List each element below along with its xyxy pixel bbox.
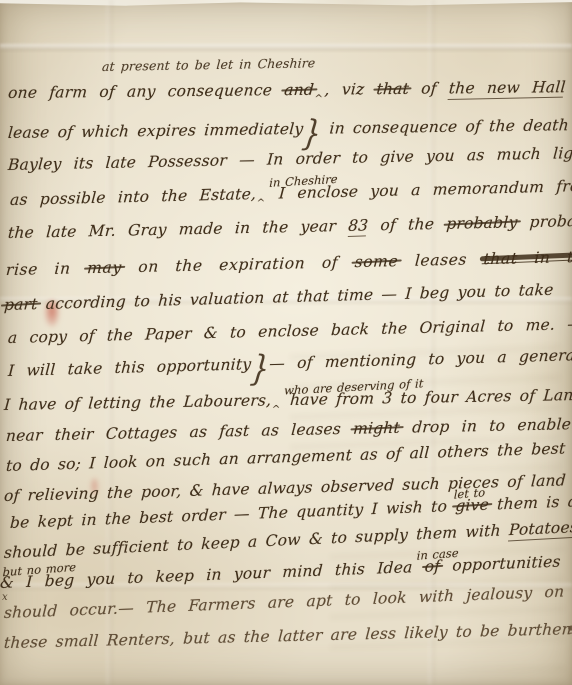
text-segment: as possible into the Estate,	[10, 185, 257, 209]
text-segment: at present to be let in Cheshire	[102, 55, 316, 74]
text-segment: , viz	[324, 80, 377, 99]
struck-word: part	[3, 295, 38, 314]
struck-word: and	[284, 81, 315, 99]
text-segment: of	[408, 79, 449, 97]
text-segment: in consequence of the death of	[321, 116, 572, 138]
text-segment: rise in	[5, 259, 87, 279]
underlined-text: Potatoes.	[509, 518, 572, 539]
struck-word: some	[354, 252, 399, 271]
text-segment: I have of letting the Labourers,	[3, 391, 271, 414]
brace-flourish: }	[303, 133, 321, 134]
heavy-struck-words: that in that	[483, 248, 572, 269]
text-segment: them is about	[489, 491, 572, 514]
inserted-word: let to	[453, 481, 485, 505]
text-segment: drop in to enable Me	[399, 414, 572, 436]
struck-word: probably	[446, 213, 518, 232]
text-segment: opportunities	[440, 553, 561, 576]
text-segment: the	[565, 78, 572, 96]
struck-word: might	[353, 419, 401, 438]
text-segment: leases	[398, 250, 484, 270]
brace-flourish: }	[251, 369, 269, 370]
text-segment: lease of which expires immediately	[7, 120, 304, 142]
text-segment: on the expiration of	[121, 253, 355, 276]
caret-mark: ^	[256, 198, 265, 209]
manuscript-letter-page: { "colors": { "paper": "#e8dfca", "ink":…	[0, 0, 572, 685]
fold-crease-horizontal-1	[0, 44, 572, 51]
text-segment: one farm of any consequence	[7, 81, 285, 102]
caret-mark: ^	[271, 404, 280, 415]
manuscript-interlinear-note: at present to be let in Cheshire	[101, 52, 316, 78]
underlined-text: the new Hall	[448, 78, 566, 97]
text-segment: of the	[368, 215, 447, 235]
struck-word: that	[376, 80, 410, 98]
struck-word: may	[87, 258, 123, 277]
text-segment: probable	[517, 212, 572, 232]
underlined-text: 83	[348, 216, 369, 234]
caret-mark: ^	[314, 94, 323, 105]
margin-x-mark: x	[2, 592, 8, 603]
